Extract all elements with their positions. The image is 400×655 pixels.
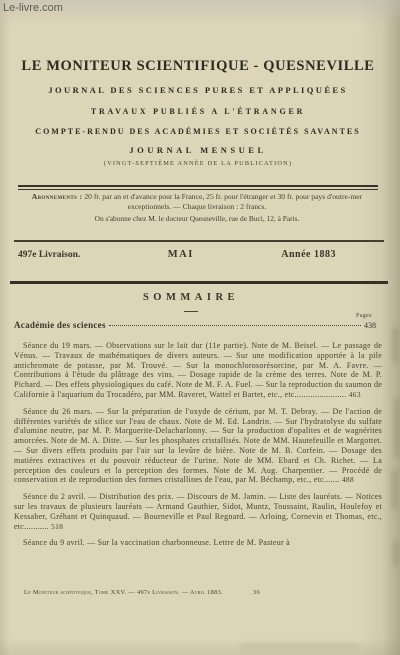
journal-tagline-academies: COMPTE-RENDU DES ACADÉMIES ET SOCIÉTÉS S… <box>12 127 384 136</box>
toc-section-title: Académie des sciences <box>14 320 106 330</box>
issue-info-row: 497e Livraison. MAI Année 1883 <box>18 249 336 260</box>
pages-column-label: Pages <box>356 313 372 319</box>
toc-entry: Séance du 19 mars. — Observations sur le… <box>14 341 382 400</box>
toc-entry: Séance du 2 avril. — Distribution des pr… <box>14 492 382 531</box>
toc-entry: Séance du 9 avril. — Sur la vaccination … <box>14 538 382 548</box>
scan-artifact <box>392 328 399 362</box>
scanned-journal-cover: Le-livre.com LE MONITEUR SCIENTIFIQUE - … <box>0 0 400 655</box>
issue-year: Année 1883 <box>281 249 336 260</box>
toc-entry-page: 518 <box>51 522 63 531</box>
footer-page-number: 36 <box>253 589 260 596</box>
dot-leader: ...................... <box>297 390 347 399</box>
toc-entry-text: Séance du 26 mars. — Sur la préparation … <box>14 407 382 485</box>
issue-number: 497e Livraison. <box>18 250 80 260</box>
subscription-rates-text: 20 fr. par an et d'avance pour la France… <box>82 192 362 211</box>
scan-artifact <box>393 540 399 566</box>
scan-artifact <box>391 470 398 510</box>
page-footer: Le Moniteur scientifique, Tome XXV. — 49… <box>24 589 260 596</box>
subscription-address: On s'abonne chez M. le docteur Quesnevil… <box>20 214 374 224</box>
toc-entry-page: 463 <box>349 390 361 399</box>
toc-entry: Séance du 26 mars. — Sur la préparation … <box>14 407 382 485</box>
journal-publication-year-note: (VINGT-SEPTIÈME ANNÉE DE LA PUBLICATION) <box>12 160 384 167</box>
scan-artifact <box>394 398 400 458</box>
journal-subtitle: JOURNAL DES SCIENCES PURES ET APPLIQUÉES <box>12 85 384 95</box>
divider-rule <box>14 240 384 242</box>
journal-frequency: JOURNAL MENSUEL <box>12 145 384 155</box>
subscription-label: Abonnements : <box>32 192 83 201</box>
scan-artifact <box>240 644 360 649</box>
journal-title: LE MONITEUR SCIENTIFIQUE - QUESNEVILLE <box>12 58 384 75</box>
dot-leader <box>109 325 361 326</box>
sommaire-heading: SOMMAIRE <box>0 292 382 303</box>
journal-tagline-etranger: TRAVAUX PUBLIÉS A L'ÉTRANGER <box>12 107 384 116</box>
dot-leader: .......... <box>26 522 49 531</box>
toc-section-row: Académie des sciences 438 <box>14 320 376 330</box>
toc-entry-text: Séance du 9 avril. — Sur la vaccination … <box>23 538 290 547</box>
footer-imprint: Le Moniteur scientifique, Tome XXV. — 49… <box>24 589 223 596</box>
toc-entry-text: Séance du 2 avril. — Distribution des pr… <box>14 492 382 530</box>
sommaire-dash <box>184 311 198 312</box>
toc-entries: Séance du 19 mars. — Observations sur le… <box>14 341 382 555</box>
subscription-info: Abonnements : 20 fr. par an et d'avance … <box>20 192 374 224</box>
toc-section-page: 438 <box>364 321 376 330</box>
watermark: Le-livre.com <box>3 2 63 14</box>
subscription-rates: Abonnements : 20 fr. par an et d'avance … <box>20 192 374 211</box>
dot-leader: ...... <box>326 475 340 484</box>
toc-entry-page: 488 <box>342 475 354 484</box>
masthead: LE MONITEUR SCIENTIFIQUE - QUESNEVILLE J… <box>12 58 384 167</box>
divider-rule <box>10 281 388 284</box>
divider-rule <box>18 185 378 190</box>
issue-month: MAI <box>168 249 194 260</box>
